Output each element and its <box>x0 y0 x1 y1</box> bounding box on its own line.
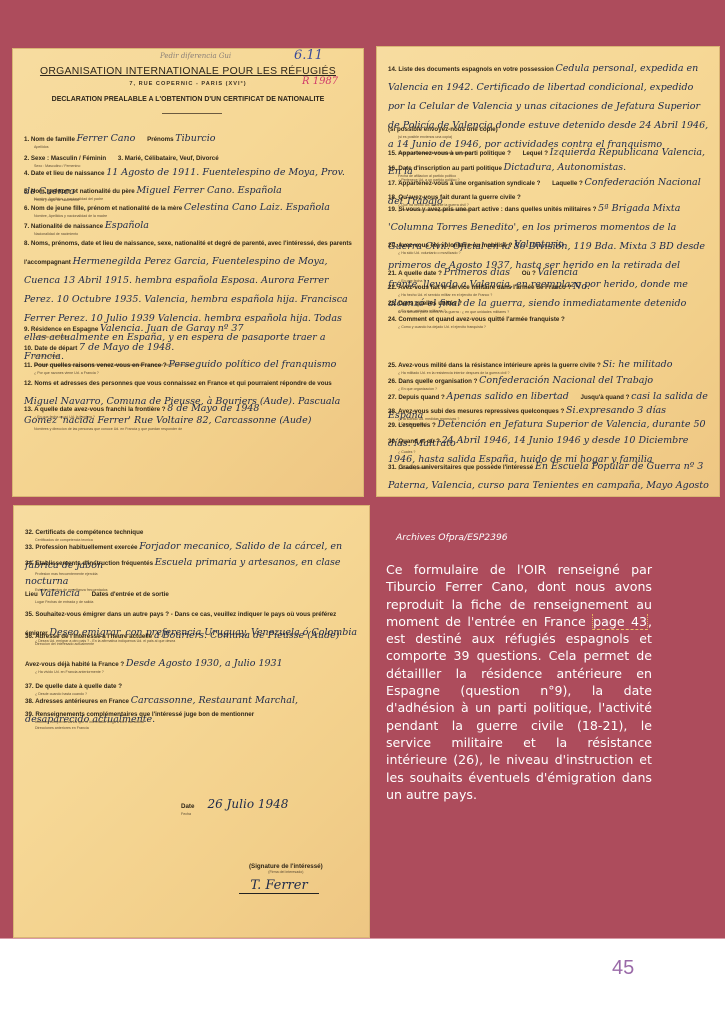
field-label: 20. Avez-vous été volontaire ou mobilisé… <box>388 242 514 249</box>
field-value: 8 de Mayo de 1948 <box>167 403 259 414</box>
field-value: Perseguido político del franquismo <box>168 359 336 370</box>
signature-sublabel: (Firma del interesado) <box>249 870 323 874</box>
field-label: 14. Liste des documents espagnols en vot… <box>388 66 555 73</box>
organization-address: 7, RUE COPERNIC - PARIS (XVI°) <box>12 81 364 87</box>
form-field: 31. Grades universitaires que possède l'… <box>388 454 710 497</box>
field-sublabel: ¿ Ha sido Ud. voluntario o movilizado ? <box>398 251 710 255</box>
page-number: 45 <box>612 957 634 980</box>
form-field: Avez-vous déjà habité la France ? Desde … <box>25 651 360 674</box>
field-sublabel: (si es posible envienos una copia) <box>398 135 710 139</box>
signature: T. Ferrer <box>239 878 319 894</box>
field-label: 6. Nom de jeune fille, prénom et nationa… <box>24 205 184 212</box>
field-label: 5. Nom, prénom et nationalité du père <box>24 188 136 195</box>
field-sublabel: Nombres y direccion de las personas que … <box>34 427 354 431</box>
field-value: Voluntario <box>514 239 564 250</box>
field-label: 19. Si vous y avez pris une part active … <box>388 206 598 213</box>
field-label: (si possible envoyez-nous une copie) <box>388 126 498 133</box>
field-label: Avez-vous déjà habité la France ? <box>25 661 126 668</box>
field-value-secondary: Tiburcio <box>175 133 215 144</box>
field-label: 31. Grades universitaires que possède l'… <box>388 464 535 471</box>
field-label: Lieu <box>25 591 39 598</box>
field-sublabel: Informes complementarios que el interesa… <box>35 720 360 724</box>
pencil-note: Pedir diferencia Gui <box>160 52 231 60</box>
field-sublabel: ¿ Como y cuando ha dejado Ud. el ejercit… <box>398 325 710 329</box>
date-value: 26 Julio 1948 <box>208 797 289 811</box>
signature-label: (Signature de l'intéressé) <box>249 863 323 870</box>
field-label: 10. Date de départ <box>24 345 79 352</box>
field-sublabel: Direccion del interesado actualmente <box>35 642 360 646</box>
field-value: Valencia <box>39 588 79 599</box>
field-label: 4. Date et lieu de naissance <box>24 170 106 177</box>
field-label-secondary: Prénoms <box>145 136 175 143</box>
field-label: 7. Nationalité de naissance <box>24 223 105 230</box>
declaration-title: DECLARATION PREALABLE A L'OBTENTION D'UN… <box>12 96 364 103</box>
divider <box>162 113 222 114</box>
body-text-end: , est destiné aux réfugiés espagnols et … <box>386 614 652 802</box>
field-label: 39. Renseignements complémentaires que l… <box>25 711 254 718</box>
date-label: Date <box>181 803 194 810</box>
field-label: 12. Noms et adresses des personnes que v… <box>24 380 332 387</box>
field-label: 36. Adresse de l'intéressé à l'heure act… <box>25 633 154 640</box>
document-scan-page-1: Pedir diferencia Gui 6.11 R 1987 ORGANIS… <box>12 48 364 497</box>
field-label: 9. Résidence en Espagne <box>24 326 100 333</box>
signature-block: (Signature de l'intéressé) (Firma del in… <box>249 863 323 894</box>
field-value: a Bouriers. Comuna de Pieusse (Aude) <box>154 630 339 641</box>
field-label: 24. Comment et quand avez-vous quitté l'… <box>388 316 565 323</box>
field-label-secondary: Dates d'entrée et de sortie <box>90 591 169 598</box>
body-paragraph: Ce formulaire de l'OIR renseigné par Tib… <box>386 561 652 803</box>
document-scan-page-3: 32. Certificats de compétence technique … <box>13 505 370 938</box>
page-43-link[interactable]: page 43 <box>592 614 648 630</box>
form-field: 36. Adresse de l'intéressé à l'heure act… <box>25 623 360 646</box>
field-label: 34. Etablissements d'instruction fréquen… <box>25 560 155 567</box>
field-value: Celestina Cano Laiz. Española <box>184 202 330 213</box>
date-sublabel: Fecha <box>181 812 360 816</box>
field-label: 30. Quand et où ? <box>388 438 442 445</box>
document-scan-page-2: 14. Liste des documents espagnols en vot… <box>376 46 720 497</box>
reference-number: 6.11 <box>294 48 323 63</box>
field-sublabel: Direcciones anteriores en Francia <box>35 726 360 730</box>
field-value: Desde Agosto 1930, a Julio 1931 <box>126 658 283 669</box>
form-field: 13. A quelle date avez-vous franchi la f… <box>24 396 354 419</box>
field-sublabel: ¿ En que fecha cruzó Ud. la frontera ? <box>34 415 354 419</box>
field-value: Ferrer Cano <box>77 133 136 144</box>
form-field: 20. Avez-vous été volontaire ou mobilisé… <box>388 232 710 255</box>
field-value: Valencia. Juan de Garay nº 37 <box>100 323 243 334</box>
form-field: 24. Comment et quand avez-vous quitté l'… <box>388 306 710 329</box>
form-field: (si possible envoyez-nous une copie) (si… <box>388 116 710 139</box>
field-label: 13. A quelle date avez-vous franchi la f… <box>24 406 167 413</box>
date-field: Date 26 Julio 1948 Fecha <box>181 793 360 816</box>
field-label: 11. Pour quelles raisons venez-vous en F… <box>24 362 168 369</box>
image-caption: Archives Ofpra/ESP2396 <box>396 532 508 543</box>
field-label: 1. Nom de famille <box>24 136 77 143</box>
form-field: 39. Renseignements complémentaires que l… <box>25 701 360 724</box>
organization-title: ORGANISATION INTERNATIONALE POUR LES RÉF… <box>12 66 364 77</box>
